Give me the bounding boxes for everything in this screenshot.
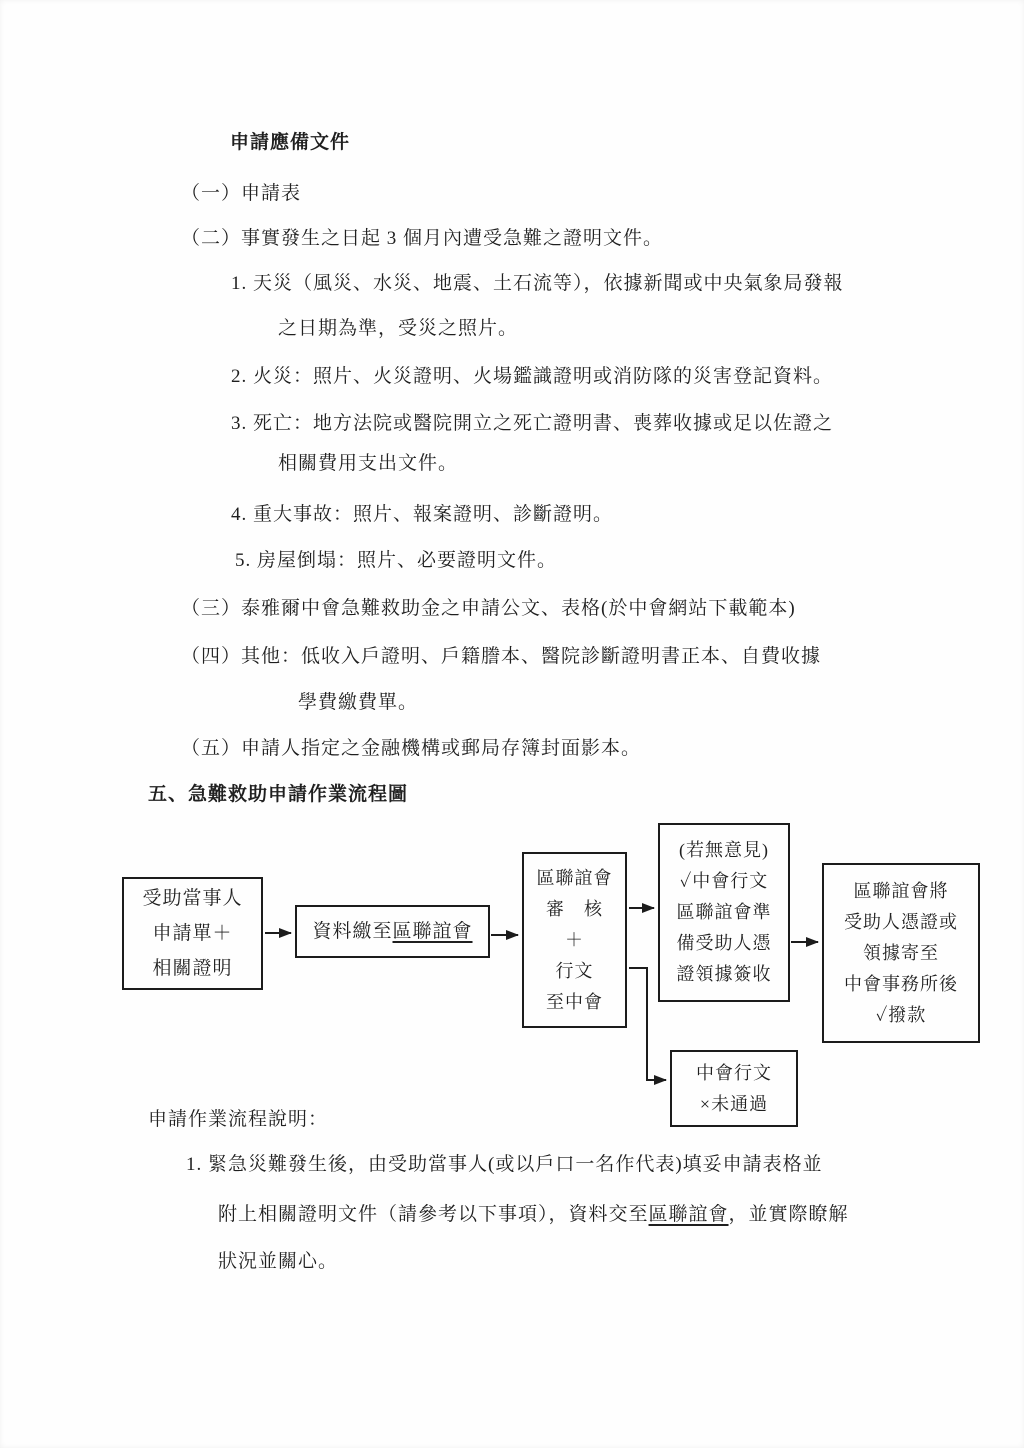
flow-box-disburse-line: 領據寄至 bbox=[863, 938, 939, 969]
explanation-step1-line1: 1. 緊急災難發生後，由受助當事人(或以戶口一名作代表)填妥申請表格並 bbox=[186, 1153, 823, 1178]
underlined-term: 區聯誼會 bbox=[649, 1204, 729, 1225]
list-item-2-1: 1. 天災（風災、水災、地震、土石流等），依據新聞或中央氣象局發報 bbox=[231, 272, 844, 297]
explanation-step1-line3: 狀況並關心。 bbox=[218, 1250, 338, 1275]
flow-box-review-line: ＋ bbox=[565, 925, 584, 956]
flow-box-disburse-line: 中會事務所後 bbox=[844, 969, 958, 1000]
flow-box-approved-line: 備受助人憑 bbox=[677, 928, 772, 959]
list-item-2-3: 3. 死亡：地方法院或醫院開立之死亡證明書、喪葬收據或足以佐證之 bbox=[231, 412, 833, 437]
underlined-term: 區聯誼會 bbox=[393, 921, 473, 942]
flow-box-disburse-line: 受助人憑證或 bbox=[844, 907, 958, 938]
flow-box-submit-line: 資料繳至區聯誼會 bbox=[312, 916, 472, 947]
flow-box-disburse: 區聯誼會將 受助人憑證或 領據寄至 中會事務所後 ✓撥款 bbox=[822, 863, 980, 1043]
list-item-1: （一）申請表 bbox=[181, 182, 301, 207]
flow-box-review: 區聯誼會 審 核 ＋ 行文 至中會 bbox=[522, 852, 627, 1028]
list-item-5: （五）申請人指定之金融機構或郵局存簿封面影本。 bbox=[181, 737, 641, 762]
list-item-2-4: 4. 重大事故：照片、報案證明、診斷證明。 bbox=[231, 503, 613, 528]
flow-box-approved: (若無意見) ✓中會行文 區聯誼會準 備受助人憑 證領據簽收 bbox=[658, 823, 790, 1002]
list-item-2-3-cont: 相關費用支出文件。 bbox=[278, 452, 458, 477]
flow-box-applicant: 受助當事人 申請單＋ 相關證明 bbox=[122, 877, 263, 990]
flow-box-approved-line: (若無意見) bbox=[679, 835, 769, 866]
flow-box-review-line: 行文 bbox=[556, 956, 594, 987]
flowchart: 受助當事人 申請單＋ 相關證明 資料繳至區聯誼會 區聯誼會 審 核 ＋ 行文 至… bbox=[0, 812, 1024, 1144]
flow-box-review-line: 至中會 bbox=[546, 987, 603, 1018]
list-item-2-5: 5. 房屋倒塌：照片、必要證明文件。 bbox=[235, 549, 557, 574]
list-item-2-2: 2. 火災：照片、火災證明、火場鑑識證明或消防隊的災害登記資料。 bbox=[231, 365, 833, 390]
page-title: 申請應備文件 bbox=[230, 131, 350, 156]
flow-box-approved-line: ✓中會行文 bbox=[680, 866, 769, 897]
flow-box-applicant-line: 相關證明 bbox=[152, 951, 232, 986]
flow-box-disburse-line: ✓撥款 bbox=[876, 1000, 927, 1031]
flow-box-disburse-line: 區聯誼會將 bbox=[854, 876, 949, 907]
document-page: 申請應備文件 （一）申請表 （二）事實發生之日起 3 個月內遭受急難之證明文件。… bbox=[0, 0, 1024, 1448]
flow-box-applicant-line: 申請單＋ bbox=[152, 916, 232, 951]
flow-box-rejected-line: 中會行文 bbox=[696, 1058, 772, 1089]
flow-box-approved-line: 證領據簽收 bbox=[677, 959, 772, 990]
list-item-4-cont: 學費繳費單。 bbox=[298, 691, 418, 716]
flow-box-submit: 資料繳至區聯誼會 bbox=[295, 905, 490, 958]
list-item-4: （四）其他：低收入戶證明、戶籍謄本、醫院診斷證明書正本、自費收據 bbox=[181, 645, 821, 670]
flow-box-applicant-line: 受助當事人 bbox=[142, 881, 242, 916]
flow-box-review-line: 審 核 bbox=[546, 894, 603, 925]
flow-box-rejected: 中會行文 ×未通過 bbox=[670, 1050, 798, 1127]
flow-box-approved-line: 區聯誼會準 bbox=[677, 897, 772, 928]
flow-box-rejected-line: ×未通過 bbox=[700, 1089, 768, 1120]
list-item-2: （二）事實發生之日起 3 個月內遭受急難之證明文件。 bbox=[181, 227, 663, 252]
section-heading-flowchart: 五、急難救助申請作業流程圖 bbox=[148, 783, 408, 808]
list-item-3: （三）泰雅爾中會急難救助金之申請公文、表格(於中會網站下載範本) bbox=[181, 597, 796, 622]
list-item-2-1-cont: 之日期為準，受災之照片。 bbox=[278, 317, 518, 342]
explanation-step1-line2: 附上相關證明文件（請參考以下事項），資料交至區聯誼會，並實際瞭解 bbox=[218, 1203, 849, 1228]
flow-box-review-line: 區聯誼會 bbox=[537, 863, 613, 894]
